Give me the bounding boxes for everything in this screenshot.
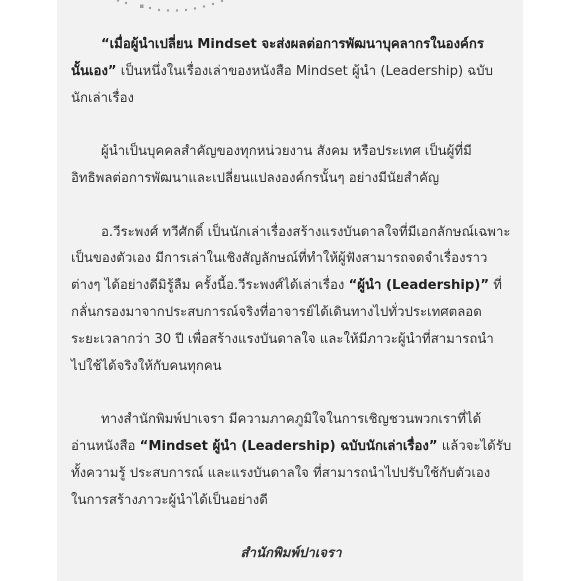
line-text: นักเล่าเรื่อง [71,91,134,106]
paragraph-intro-quote: “เมื่อผู้นำเปลี่ยน Mindset จะส่งผลต่อการ… [71,32,511,112]
quote-bold-text: นั้นเอง” [71,64,117,79]
line-text: ในการสร้างภาวะผู้นำได้เป็นอย่างดี [71,493,268,508]
line-text: แล้วจะได้รับ [438,439,512,454]
article-body: “เมื่อผู้นำเปลี่ยน Mindset จะส่งผลต่อการ… [71,32,511,581]
paragraph-line: อ.วีระพงศ์ ทวีศักดิ์ เป็นนักเล่าเรื่องสร… [71,220,511,247]
paragraph-line: กลั่นกรองมาจากประสบการณ์จริงที่อาจารย์ได… [71,300,511,327]
line-text: ต่างๆ ได้อย่างดีมิรู้ลืม ครั้งนี้อ.วีระพ… [71,278,349,293]
paragraph-line: อิทธิพลต่อการพัฒนาและเปลี่ยนแปลงองค์กรนั… [71,166,511,193]
paragraph-line: ต่างๆ ได้อย่างดีมิรู้ลืม ครั้งนี้อ.วีระพ… [71,273,511,300]
paragraph-line: ในการสร้างภาวะผู้นำได้เป็นอย่างดี [71,488,511,515]
paragraph-line: นั้นเอง” เป็นหนึ่งในเรื่องเล่าของหนังสือ… [71,59,511,86]
dotted-circle-arc-icon [57,0,523,20]
paragraph-line: ทางสำนักพิมพ์ปาเจรา มีความภาคภูมิใจในการ… [71,407,511,434]
book-title-bold: “Mindset ผู้นำ (Leadership) ฉบับนักเล่าเ… [140,439,438,454]
line-text: กลั่นกรองมาจากประสบการณ์จริงที่อาจารย์ได… [71,305,482,320]
paragraph-line: “เมื่อผู้นำเปลี่ยน Mindset จะส่งผลต่อการ… [71,32,511,59]
line-text: เป็นของตัวเอง มีการเล่าในเชิงสัญลักษณ์ที… [71,251,487,266]
paragraph-line: ระยะเวลากว่า 30 ปี เพื่อสร้างแรงบันดาลใจ… [71,327,511,354]
paragraph-leader-importance: ผู้นำเป็นบุคคลสำคัญของทุกหน่วยงาน สังคม … [71,139,511,193]
line-text: อ่านหนังสือ [71,439,140,454]
line-text: ไปใช้ได้จริงให้กับคนทุกคน [71,359,222,374]
book-title-bold: “ผู้นำ (Leadership)” [349,278,489,293]
paragraph-line: ไปใช้ได้จริงให้กับคนทุกคน [71,354,511,381]
publisher-signature: สำนักพิมพ์ปาเจรา [71,541,511,568]
line-text: ทั้งความรู้ ประสบการณ์ และแรงบันดาลใจ ที… [71,466,490,481]
line-text: ทางสำนักพิมพ์ปาเจรา มีความภาคภูมิใจในการ… [101,412,481,427]
line-text: อ.วีระพงศ์ ทวีศักดิ์ เป็นนักเล่าเรื่องสร… [101,225,511,240]
line-text: เป็นหนึ่งในเรื่องเล่าของหนังสือ Mindset … [117,64,493,79]
paragraph-line: นักเล่าเรื่อง [71,86,511,113]
paragraph-line: อ่านหนังสือ “Mindset ผู้นำ (Leadership) … [71,434,511,461]
paragraph-publisher-invite: ทางสำนักพิมพ์ปาเจรา มีความภาคภูมิใจในการ… [71,407,511,514]
paragraph-line: ผู้นำเป็นบุคคลสำคัญของทุกหน่วยงาน สังคม … [71,139,511,166]
line-text: ที่ [489,278,502,293]
paragraph-line: เป็นของตัวเอง มีการเล่าในเชิงสัญลักษณ์ที… [71,246,511,273]
paragraph-line: ทั้งความรู้ ประสบการณ์ และแรงบันดาลใจ ที… [71,461,511,488]
quote-bold-text: “เมื่อผู้นำเปลี่ยน Mindset จะส่งผลต่อการ… [101,37,484,52]
line-text: ระยะเวลากว่า 30 ปี เพื่อสร้างแรงบันดาลใจ… [71,332,494,347]
paragraph-author-intro: อ.วีระพงศ์ ทวีศักดิ์ เป็นนักเล่าเรื่องสร… [71,220,511,381]
article-panel: “เมื่อผู้นำเปลี่ยน Mindset จะส่งผลต่อการ… [57,0,523,581]
